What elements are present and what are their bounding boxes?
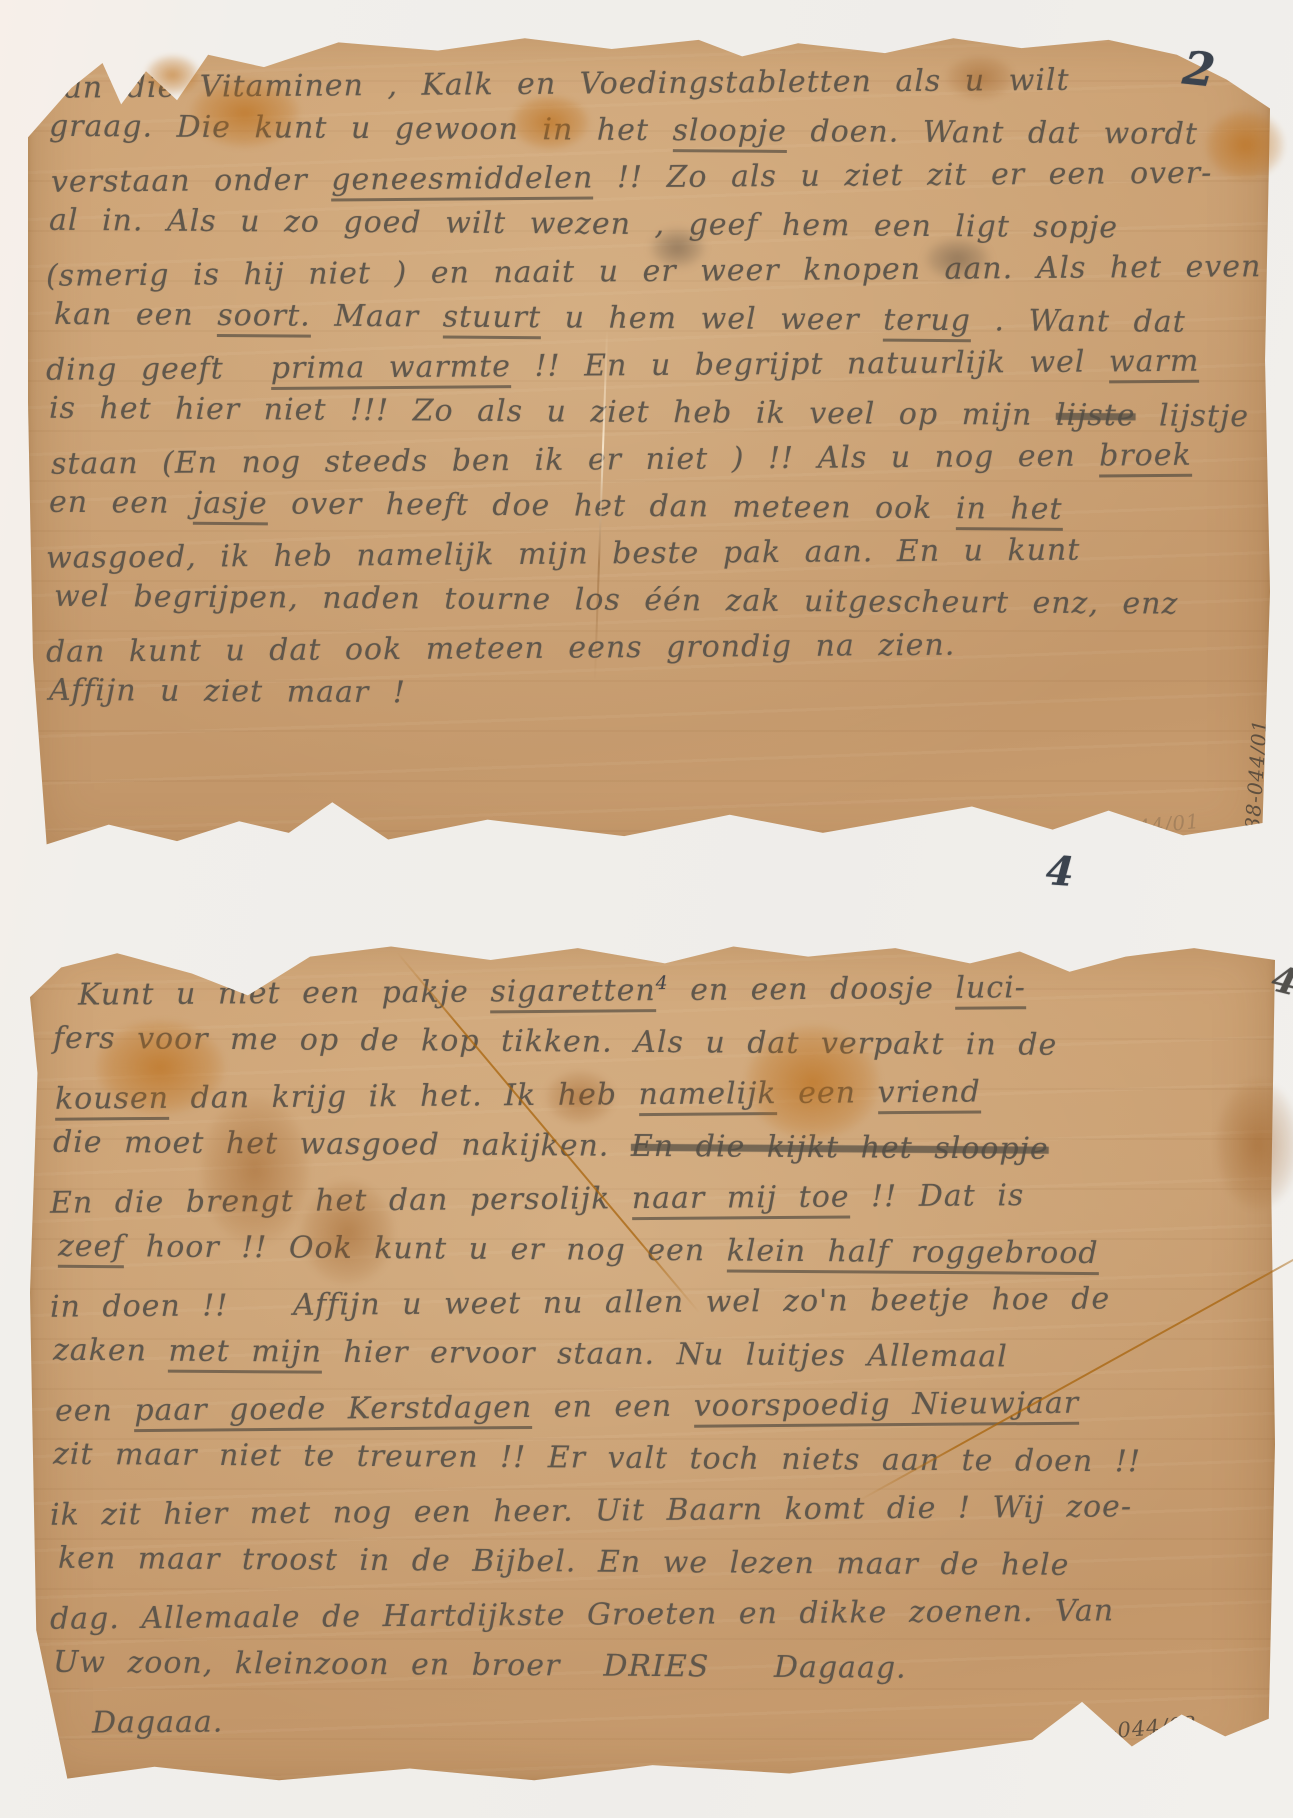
letter-page-1: van die Vitaminen , Kalk en Voedingstabl…: [28, 30, 1270, 856]
handwritten-line: ik zit hier met nog een heer. Uit Baarn …: [50, 1480, 1261, 1542]
handwritten-line: Kunt u niet een pakje sigaretten4 en een…: [78, 953, 1261, 1021]
archive-reference-page2: 1988-044/02: [1051, 1712, 1198, 1749]
handwritten-line: die moet het wasgoed nakijken. En die ki…: [53, 1117, 1264, 1177]
letter-page-1-text: van die Vitaminen , Kalk en Voedingstabl…: [28, 30, 1270, 718]
page-number-2: 2: [1180, 40, 1217, 97]
handwritten-line: En die brengt het dan persolijk naar mij…: [50, 1168, 1261, 1230]
handwritten-line: Affijn u ziet maar !: [49, 667, 1259, 722]
handwritten-line: ken maar troost in de Bijbel. En we leze…: [58, 1533, 1264, 1593]
archive-reference-stamp: 1988-044/01: [1060, 809, 1201, 847]
letter-page-2-text: Kunt u niet een pakje sigaretten4 en een…: [30, 938, 1275, 1745]
handwritten-line: in doen !! Affijn u weet nu allen wel zo…: [50, 1272, 1261, 1334]
page-number-4: 4: [1044, 847, 1075, 896]
handwritten-line: fers voor me op de kop tikken. Als u dat…: [53, 1013, 1264, 1073]
handwritten-line: zeef hoor !! Ook kunt u er nog een klein…: [58, 1221, 1264, 1281]
handwritten-line: Uw zoon, kleinzoon en broer DRIES Dagaag…: [53, 1637, 1264, 1697]
letter-page-2: Kunt u niet een pakje sigaretten4 en een…: [30, 938, 1275, 1782]
handwritten-line: zaken met mijn hier ervoor staan. Nu lui…: [53, 1325, 1264, 1385]
archive-reference-margin: 1988-044/01: [1238, 718, 1272, 858]
handwritten-line: kousen dan krijg ik het. Ik heb namelijk…: [55, 1064, 1261, 1125]
scanned-letter-background: van die Vitaminen , Kalk en Voedingstabl…: [0, 0, 1293, 1818]
handwritten-line: zit maar niet te treuren !! Er valt toch…: [53, 1429, 1264, 1489]
handwritten-line: Dagaaa.: [92, 1688, 1261, 1749]
handwritten-line: dag. Allemaale de Hartdijkste Groeten en…: [50, 1584, 1261, 1646]
handwritten-line: een paar goede Kerstdagen en een voorspo…: [55, 1376, 1261, 1437]
